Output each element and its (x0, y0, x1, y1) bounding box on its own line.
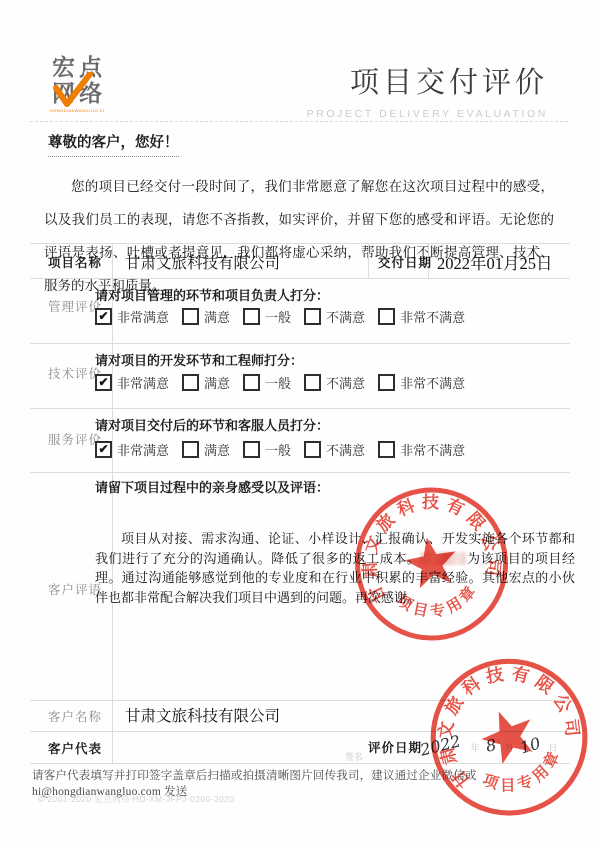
option-label: 非常不满意 (400, 440, 465, 459)
option-label: 非常不满意 (400, 373, 465, 392)
project-name-value: 甘肃文旅科技有限公司 (125, 251, 280, 273)
customer-name-value: 甘肃文旅科技有限公司 (125, 704, 280, 726)
evaluation-document: 宏 点 网 络 HONGDIANWANGLUO.COM 项目交付评价 PROJE… (0, 0, 596, 843)
checkbox[interactable] (378, 374, 395, 391)
company-seal-stamp: 甘肃文旅科技有限公司 项目专用章 (339, 471, 525, 661)
customer-rep-label: 客户代表 (48, 739, 102, 757)
management-question: 请对项目管理的环节和项目负责人打分： (95, 285, 329, 304)
comment-label: 客户评语 (48, 580, 102, 598)
svg-text:项目专用章: 项目专用章 (391, 578, 485, 627)
checkbox[interactable] (243, 441, 260, 458)
option-label: 不满意 (326, 440, 365, 459)
option-label: 一般 (265, 373, 291, 392)
checkbox-checked[interactable]: ✔ (95, 308, 112, 325)
option-label: 一般 (265, 440, 291, 459)
checkbox[interactable] (304, 374, 321, 391)
logo-tagline: HONGDIANWANGLUO.COM (50, 108, 104, 113)
check-icon: ✔ (98, 310, 108, 322)
checkbox[interactable] (182, 374, 199, 391)
technical-options: ✔非常满意 满意 一般 不满意 非常不满意 (95, 373, 478, 392)
option-label: 一般 (265, 307, 291, 326)
intro-paragraph: 您的项目已经交付一段时间了，我们非常愿意了解您在这次项目过程中的感受，以及我们员… (44, 170, 554, 302)
option-label: 非常不满意 (400, 307, 465, 326)
checkbox[interactable] (243, 374, 260, 391)
option-label: 满意 (204, 373, 230, 392)
table-border (30, 243, 570, 244)
company-logo: 宏 点 网 络 HONGDIANWANGLUO.COM (50, 54, 106, 118)
star-icon (474, 702, 542, 768)
checkbox[interactable] (304, 441, 321, 458)
option-label: 非常满意 (117, 373, 169, 392)
checkbox[interactable] (243, 308, 260, 325)
table-border (30, 408, 570, 409)
company-seal-stamp: 甘肃文旅科技有限公司 项目专用章 (402, 630, 596, 843)
option-label: 非常满意 (117, 440, 169, 459)
delivery-date-value: 2022年01月25日 (437, 250, 553, 274)
page-title: 项目交付评价 (307, 60, 548, 101)
header-divider (30, 121, 568, 122)
checkbox[interactable] (182, 441, 199, 458)
check-icon: ✔ (98, 443, 108, 455)
delivery-date-label: 交付日期 (378, 253, 432, 271)
eval-date-label: 评价日期 (368, 738, 422, 756)
checkbox[interactable] (378, 441, 395, 458)
project-name-label: 项目名称 (48, 253, 102, 271)
table-border (30, 343, 570, 344)
stamp-type-text: 项目专用章 (391, 578, 485, 627)
option-label: 满意 (204, 307, 230, 326)
service-rating-label: 服务评价 (48, 430, 102, 448)
table-border (368, 243, 369, 278)
checkbox[interactable] (182, 308, 199, 325)
table-border (30, 278, 570, 279)
service-options: ✔非常满意 满意 一般 不满意 非常不满意 (95, 440, 478, 459)
checkbox-checked[interactable]: ✔ (95, 374, 112, 391)
signature-hint-label: 签名 (345, 750, 363, 763)
customer-name-label: 客户名称 (48, 707, 102, 725)
option-label: 不满意 (326, 307, 365, 326)
page-subtitle: PROJECT DELIVERY EVALUATION (307, 108, 548, 120)
checkbox[interactable] (304, 308, 321, 325)
checkbox-checked[interactable]: ✔ (95, 441, 112, 458)
management-rating-label: 管理评价 (48, 297, 102, 315)
option-label: 非常满意 (117, 307, 169, 326)
checkbox[interactable] (378, 308, 395, 325)
star-icon (402, 533, 461, 590)
comment-question: 请留下项目过程中的亲身感受以及评语： (95, 477, 329, 496)
option-label: 满意 (204, 440, 230, 459)
greeting-text: 尊敬的客户，您好！ (48, 131, 179, 157)
service-question: 请对项目交付后的环节和客服人员打分： (95, 415, 329, 434)
technical-rating-label: 技术评价 (48, 364, 102, 382)
copyright-line: © 2001-2020 宏点网络 HD-XM-JFPJ-0200-2020 (38, 793, 234, 805)
technical-question: 请对项目的开发环节和工程师打分： (95, 350, 303, 369)
option-label: 不满意 (326, 373, 365, 392)
check-icon: ✔ (98, 376, 108, 388)
checkmark-icon (52, 72, 96, 108)
management-options: ✔非常满意 满意 一般 不满意 非常不满意 (95, 307, 478, 326)
